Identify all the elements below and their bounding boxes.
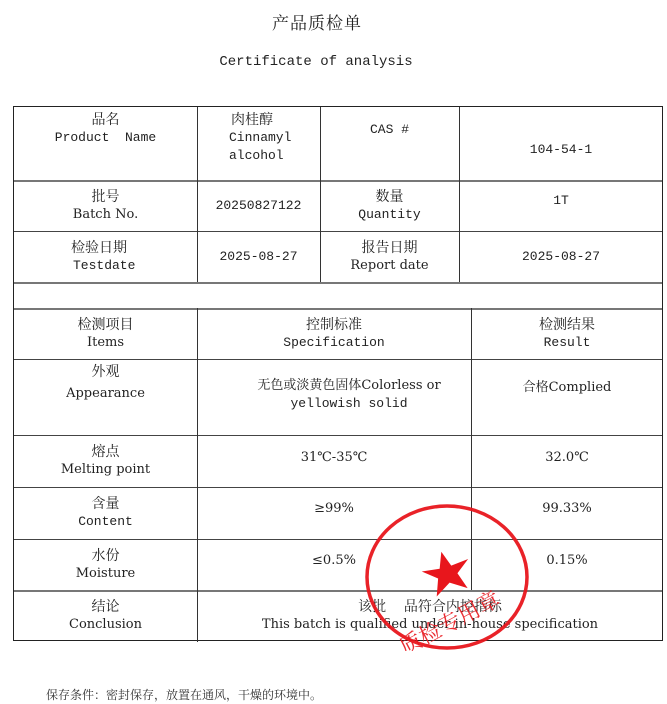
batch-label: 批号 Batch No. [14,180,197,231]
certificate-table: 品名 Product Name 肉桂醇 Cinnamyl alcohol CAS… [13,106,663,641]
storage-conditions: 保存条件：密封保存，放置在通风，干燥的环境中。 [46,686,322,703]
melting-en: Melting point [61,461,150,479]
cas-label-text: CAS # [370,121,409,139]
batch-label-en: Batch No. [73,206,138,224]
melting-cn: 熔点 [92,443,120,461]
row-melting-item: 熔点 Melting point [14,435,197,487]
reportdate-label-en: Report date [350,257,428,275]
reportdate-value: 2025-08-27 [459,231,663,282]
header-specification: 控制标准 Specification [197,308,471,359]
content-en: Content [78,513,133,531]
melting-result: 32.0℃ [545,449,589,467]
batch-label-cn: 批号 [92,188,120,206]
content-spec: ≥99% [314,500,354,518]
header-result: 检测结果 Result [471,308,663,359]
cas-value: 104-54-1 [459,107,663,180]
document-title-en: Certificate of analysis [0,54,632,70]
appearance-result: 合格Complied [523,379,612,397]
quantity-label: 数量 Quantity [320,180,459,231]
moisture-en: Moisture [76,565,135,583]
appearance-en: Appearance [66,385,145,403]
header-result-en: Result [544,334,591,352]
conclusion-value: 该批 品符合内控指标 This batch is qualified under… [197,590,663,641]
product-name-label-cn: 品名 [92,111,120,129]
product-name-en-line1: Cinnamyl [229,129,291,147]
moisture-spec: ≤0.5% [312,552,356,570]
conclusion-label: 结论 Conclusion [14,590,197,641]
quantity-value-text: 1T [553,192,569,210]
product-name-label-en: Product Name [55,129,156,147]
conclusion-cn: 该批 品符合内控指标 [358,598,502,616]
conclusion-label-en: Conclusion [69,616,142,634]
row-content-item: 含量 Content [14,487,197,539]
quantity-label-en: Quantity [358,206,420,224]
melting-spec: 31℃-35℃ [301,449,368,467]
row-appearance-result: 合格Complied [471,359,663,435]
header-items: 检测项目 Items [14,308,197,359]
reportdate-label: 报告日期 Report date [320,231,459,282]
batch-value: 20250827122 [197,180,320,231]
row-appearance-item: 外观 Appearance [14,359,197,435]
appearance-spec-line1: 无色或淡黄色固体Colorless or [257,377,440,395]
row-melting-spec: 31℃-35℃ [197,435,471,487]
product-name-label: 品名 Product Name [14,107,197,180]
appearance-spec-line2: yellowish solid [290,395,407,413]
header-items-en: Items [87,334,124,352]
cas-value-text: 104-54-1 [530,141,592,159]
header-spec-cn: 控制标准 [306,316,362,334]
moisture-cn: 水份 [92,547,120,565]
testdate-label: 检验日期 Testdate [14,231,197,282]
testdate-value: 2025-08-27 [197,231,320,282]
header-result-cn: 检测结果 [539,316,595,334]
conclusion-en: This batch is qualified under in-house s… [262,616,598,634]
testdate-label-en: Testdate [71,257,135,275]
document-title-cn: 产品质检单 [0,9,634,34]
quantity-label-cn: 数量 [376,188,404,206]
row-melting-result: 32.0℃ [471,435,663,487]
conclusion-label-cn: 结论 [92,598,120,616]
cas-label: CAS # [320,107,459,180]
row-moisture-spec: ≤0.5% [197,539,471,590]
row-content-spec: ≥99% [197,487,471,539]
product-name-value: 肉桂醇 Cinnamyl alcohol [197,107,320,180]
testdate-value-text: 2025-08-27 [219,248,297,266]
product-name-cn: 肉桂醇 [229,111,273,129]
quantity-value: 1T [459,180,663,231]
content-cn: 含量 [92,495,120,513]
content-result: 99.33% [542,500,592,518]
reportdate-value-text: 2025-08-27 [522,248,600,266]
product-name-en-line2: alcohol [229,147,284,165]
row-moisture-item: 水份 Moisture [14,539,197,590]
header-items-cn: 检测项目 [78,316,134,334]
header-spec-en: Specification [283,334,384,352]
reportdate-label-cn: 报告日期 [362,239,418,257]
row-appearance-spec: 无色或淡黄色固体Colorless or yellowish solid [197,359,471,435]
batch-value-text: 20250827122 [216,197,302,215]
row-moisture-result: 0.15% [471,539,663,590]
appearance-cn: 外观 [92,363,120,381]
testdate-label-cn: 检验日期 [71,239,127,257]
row-content-result: 99.33% [471,487,663,539]
moisture-result: 0.15% [546,552,587,570]
